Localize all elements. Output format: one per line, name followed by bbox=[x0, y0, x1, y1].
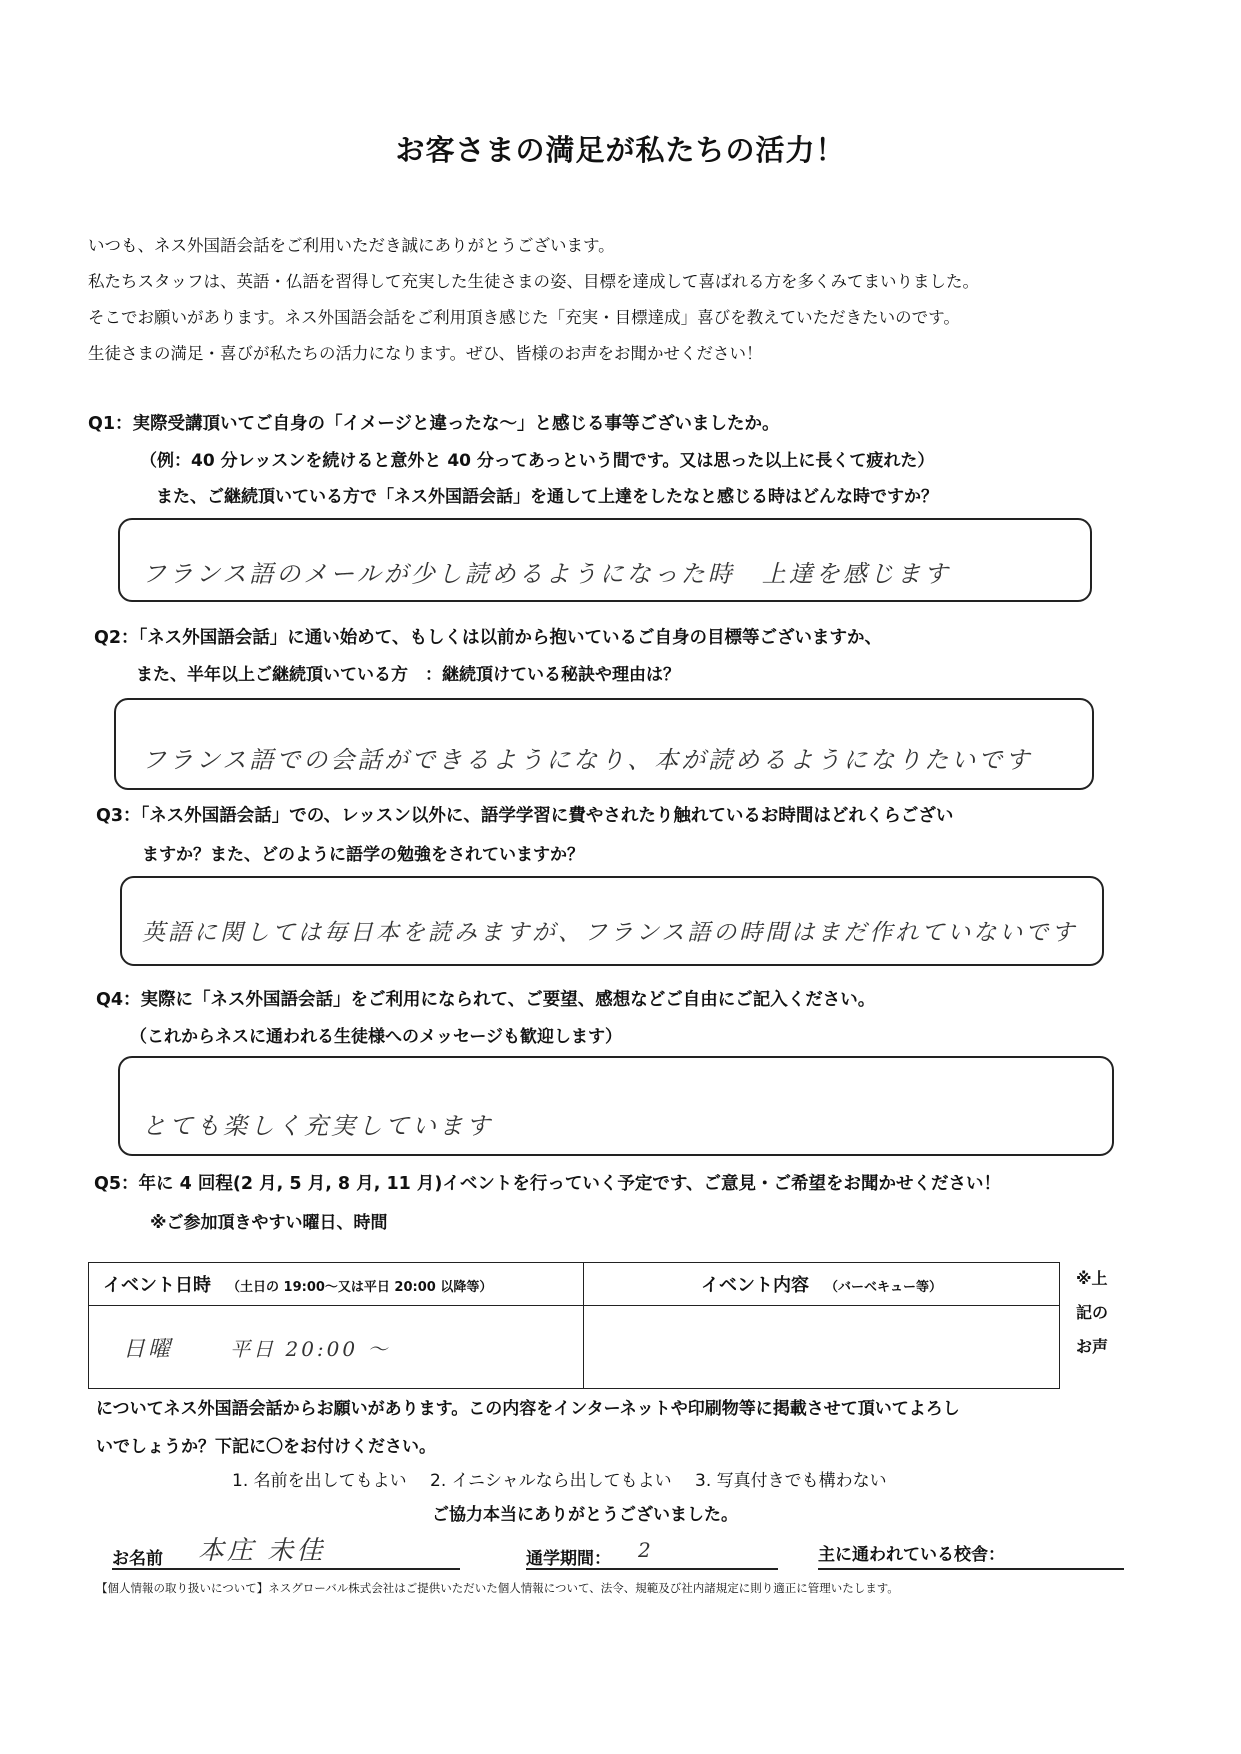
event-time-value: 平日 20:00 ～ bbox=[230, 1337, 390, 1361]
q3-sub-1: ますか？また、どのように語学の勉強をされていますか？ bbox=[142, 840, 584, 865]
event-content-cell[interactable] bbox=[584, 1306, 1060, 1389]
q2-answer: フランス語での会話ができるようになり、本が読めるようになりたいです bbox=[142, 740, 1032, 775]
event-datetime-header: イベント日時（土日の 19:00～又は平日 20:00 以降等） bbox=[89, 1263, 584, 1306]
q5-label: Q5：年に 4 回程(2 月, 5 月, 8 月, 11 月)イベントを行ってい… bbox=[94, 1170, 1001, 1195]
privacy-note: 【個人情報の取り扱いについて】ネスグローバル株式会社はご提供いただいた個人情報に… bbox=[96, 1580, 899, 1596]
q4-sub-1: （これからネスに通われる生徒様へのメッセージも歓迎します） bbox=[130, 1022, 622, 1047]
name-label: お名前 bbox=[112, 1544, 163, 1569]
name-value: 本庄 未佳 bbox=[198, 1530, 325, 1567]
event-content-hint: （バーベキュー等） bbox=[825, 1280, 942, 1295]
event-datetime-hint: （土日の 19:00～又は平日 20:00 以降等） bbox=[227, 1280, 492, 1295]
q5-sub-1: ※ご参加頂きやすい曜日、時間 bbox=[150, 1208, 388, 1233]
intro-line-1: いつも、ネス外国語会話をご利用いただき誠にありがとうございます。 bbox=[88, 232, 615, 256]
q4-answer-box[interactable]: とても楽しく充実しています bbox=[118, 1056, 1114, 1156]
event-content-header-label: イベント内容 bbox=[701, 1275, 809, 1296]
consent-options: 1. 名前を出してもよい 2. イニシャルなら出してもよい 3. 写真付きでも構… bbox=[232, 1466, 887, 1491]
consent-option-1[interactable]: 1. 名前を出してもよい bbox=[232, 1471, 407, 1491]
q1-sub-2: また、ご継続頂いている方で「ネス外国語会話」を通して上達をしたなと感じる時はどん… bbox=[156, 482, 938, 507]
q1-label: Q1：実際受講頂いてご自身の「イメージと違ったな～」と感じる事等ございましたか。 bbox=[88, 410, 780, 435]
event-datetime-header-label: イベント日時 bbox=[103, 1275, 211, 1296]
side-note: ※上 記の お声 bbox=[1076, 1262, 1108, 1364]
q4-answer: とても楽しく充実しています bbox=[142, 1106, 493, 1141]
page-title: お客さまの満足が私たちの活力！ bbox=[0, 128, 1241, 169]
event-table: イベント日時（土日の 19:00～又は平日 20:00 以降等） イベント内容（… bbox=[88, 1262, 1060, 1389]
q3-label: Q3：「ネス外国語会話」での、レッスン以外に、語学学習に費やされたり触れているお… bbox=[96, 802, 953, 827]
consent-option-2[interactable]: 2. イニシャルなら出してもよい bbox=[430, 1471, 672, 1491]
event-day-value: 日曜 bbox=[123, 1337, 173, 1362]
period-label: 通学期間： bbox=[526, 1544, 611, 1569]
name-field[interactable]: お名前 本庄 未佳 bbox=[112, 1536, 460, 1570]
q3-answer-box[interactable]: 英語に関しては毎日本を読みますが、フランス語の時間はまだ作れていないです bbox=[120, 876, 1104, 966]
school-field[interactable]: 主に通われている校舎： bbox=[818, 1536, 1124, 1570]
thanks-text: ご協力本当にありがとうございました。 bbox=[432, 1500, 738, 1525]
q2-sub-1: また、半年以上ご継続頂いている方 ：継続頂けている秘訣や理由は？ bbox=[136, 660, 680, 685]
q3-answer: 英語に関しては毎日本を読みますが、フランス語の時間はまだ作れていないです bbox=[142, 914, 1077, 947]
event-content-header: イベント内容（バーベキュー等） bbox=[584, 1263, 1060, 1306]
q1-answer-box[interactable]: フランス語のメールが少し読めるようになった時 上達を感じます bbox=[118, 518, 1092, 602]
intro-line-2: 私たちスタッフは、英語・仏語を習得して充実した生徒さまの姿、目標を達成して喜ばれ… bbox=[88, 268, 979, 292]
q1-sub-1: （例：40 分レッスンを続けると意外と 40 分ってあっという間です。又は思った… bbox=[140, 446, 934, 471]
intro-line-3: そこでお願いがあります。ネス外国語会話をご利用頂き感じた「充実・目標達成」喜びを… bbox=[88, 304, 960, 328]
q2-label: Q2：「ネス外国語会話」に通い始めて、もしくは以前から抱いているご自身の目標等ご… bbox=[94, 624, 882, 649]
event-datetime-cell[interactable]: 日曜 平日 20:00 ～ bbox=[89, 1306, 584, 1389]
q1-answer: フランス語のメールが少し読めるようになった時 上達を感じます bbox=[142, 554, 951, 589]
consent-line-2: いでしょうか？下記に〇をお付けください。 bbox=[96, 1432, 436, 1457]
consent-line-1: についてネス外国語会話からお願いがあります。この内容をインターネットや印刷物等に… bbox=[96, 1394, 960, 1419]
consent-option-3[interactable]: 3. 写真付きでも構わない bbox=[695, 1471, 887, 1491]
side-note-line-3: お声 bbox=[1076, 1330, 1108, 1364]
intro-line-4: 生徒さまの満足・喜びが私たちの活力になります。ぜひ、皆様のお声をお聞かせください… bbox=[88, 340, 763, 364]
side-note-line-2: 記の bbox=[1076, 1296, 1108, 1330]
period-field[interactable]: 通学期間： 2 bbox=[526, 1536, 778, 1570]
q2-answer-box[interactable]: フランス語での会話ができるようになり、本が読めるようになりたいです bbox=[114, 698, 1094, 790]
school-label: 主に通われている校舎： bbox=[818, 1540, 1005, 1565]
q4-label: Q4：実際に「ネス外国語会話」をご利用になられて、ご要望、感想などご自由にご記入… bbox=[96, 986, 875, 1011]
period-value: 2 bbox=[638, 1538, 654, 1562]
side-note-line-1: ※上 bbox=[1076, 1262, 1108, 1296]
